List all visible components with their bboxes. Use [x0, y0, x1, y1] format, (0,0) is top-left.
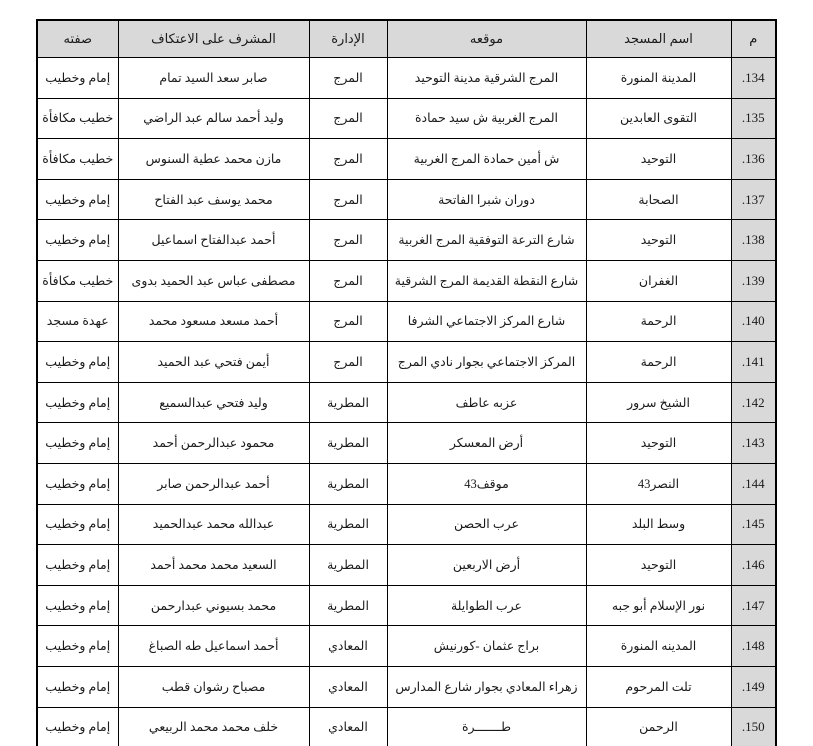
cell-role: إمام وخطيب: [37, 58, 118, 99]
cell-administration: المعادي: [309, 666, 387, 707]
cell-location: عرب الطوايلة: [387, 585, 586, 626]
cell-administration: المطرية: [309, 382, 387, 423]
cell-number: 144.: [731, 463, 776, 504]
cell-number: 137.: [731, 179, 776, 220]
table-row: 134. المدينة المنورة المرج الشرقية مدينة…: [37, 58, 776, 99]
table-row: 141. الرحمة المركز الاجتماعي بجوار نادي …: [37, 342, 776, 383]
cell-number: 145.: [731, 504, 776, 545]
header-cell-supervisor: المشرف على الاعتكاف: [118, 20, 309, 58]
cell-location: زهراء المعادي بجوار شارع المدارس: [387, 666, 586, 707]
cell-number: 147.: [731, 585, 776, 626]
table-row: 142. الشيخ سرور عزبه عاطف المطرية وليد ف…: [37, 382, 776, 423]
cell-administration: المطرية: [309, 504, 387, 545]
header-cell-administration: الإدارة: [309, 20, 387, 58]
cell-supervisor: السعيد محمد محمد أحمد: [118, 545, 309, 586]
cell-number: 150.: [731, 707, 776, 746]
table-row: 148. المدينه المنورة براج عثمان -كورنيش …: [37, 626, 776, 667]
cell-administration: المطرية: [309, 545, 387, 586]
header-cell-location: موقعه: [387, 20, 586, 58]
cell-location: ش أمين حمادة المرج الغربية: [387, 139, 586, 180]
cell-number: 146.: [731, 545, 776, 586]
cell-supervisor: محمد يوسف عبد الفتاح: [118, 179, 309, 220]
table-row: 145. وسط البلد عرب الحصن المطرية عبدالله…: [37, 504, 776, 545]
cell-administration: المطرية: [309, 463, 387, 504]
cell-mosque-name: تلت المرحوم: [586, 666, 731, 707]
table-row: 149. تلت المرحوم زهراء المعادي بجوار شار…: [37, 666, 776, 707]
cell-number: 148.: [731, 626, 776, 667]
cell-mosque-name: التوحيد: [586, 139, 731, 180]
cell-location: المركز الاجتماعي بجوار نادي المرج: [387, 342, 586, 383]
cell-administration: المرج: [309, 98, 387, 139]
cell-administration: المعادي: [309, 707, 387, 746]
cell-location: موقف43: [387, 463, 586, 504]
cell-number: 134.: [731, 58, 776, 99]
cell-role: إمام وخطيب: [37, 463, 118, 504]
cell-number: 140.: [731, 301, 776, 342]
mosque-itikaf-table: م اسم المسجد موقعه الإدارة المشرف على ال…: [36, 19, 777, 746]
header-cell-mosque-name: اسم المسجد: [586, 20, 731, 58]
cell-supervisor: محمد بسيوني عبدارحمن: [118, 585, 309, 626]
cell-administration: المرج: [309, 58, 387, 99]
cell-administration: المرج: [309, 260, 387, 301]
cell-administration: المرج: [309, 139, 387, 180]
cell-role: إمام وخطيب: [37, 666, 118, 707]
cell-mosque-name: التوحيد: [586, 545, 731, 586]
cell-role: إمام وخطيب: [37, 545, 118, 586]
cell-role: عهدة مسجد: [37, 301, 118, 342]
cell-supervisor: وليد فتحي عبدالسميع: [118, 382, 309, 423]
cell-location: شارع النقطة القديمة المرج الشرقية: [387, 260, 586, 301]
cell-location: دوران شبرا الفاتحة: [387, 179, 586, 220]
cell-mosque-name: التوحيد: [586, 423, 731, 464]
cell-mosque-name: التقوى العابدين: [586, 98, 731, 139]
cell-role: إمام وخطيب: [37, 626, 118, 667]
cell-number: 143.: [731, 423, 776, 464]
cell-role: إمام وخطيب: [37, 382, 118, 423]
table-row: 138. التوحيد شارع الترعة التوفقية المرج …: [37, 220, 776, 261]
cell-mosque-name: الرحمن: [586, 707, 731, 746]
cell-mosque-name: الشيخ سرور: [586, 382, 731, 423]
header-cell-number: م: [731, 20, 776, 58]
table-header-row: م اسم المسجد موقعه الإدارة المشرف على ال…: [37, 20, 776, 58]
cell-role: خطيب مكافأة: [37, 260, 118, 301]
cell-location: شارع الترعة التوفقية المرج الغربية: [387, 220, 586, 261]
cell-location: أرض الاربعين: [387, 545, 586, 586]
cell-mosque-name: الرحمة: [586, 301, 731, 342]
cell-mosque-name: الصحابة: [586, 179, 731, 220]
cell-administration: المرج: [309, 220, 387, 261]
cell-supervisor: عبدالله محمد عبدالحميد: [118, 504, 309, 545]
cell-supervisor: خلف محمد محمد الربيعي: [118, 707, 309, 746]
cell-location: عزبه عاطف: [387, 382, 586, 423]
cell-supervisor: أيمن فتحي عبد الحميد: [118, 342, 309, 383]
cell-number: 136.: [731, 139, 776, 180]
table-row: 147. نور الإسلام أبو جبه عرب الطوايلة ال…: [37, 585, 776, 626]
table-row: 146. التوحيد أرض الاربعين المطرية السعيد…: [37, 545, 776, 586]
table-row: 150. الرحمن طـــــــرة المعادي خلف محمد …: [37, 707, 776, 746]
cell-role: خطيب مكافأة: [37, 139, 118, 180]
cell-mosque-name: المدينه المنورة: [586, 626, 731, 667]
cell-mosque-name: المدينة المنورة: [586, 58, 731, 99]
cell-number: 141.: [731, 342, 776, 383]
cell-mosque-name: الرحمة: [586, 342, 731, 383]
cell-administration: المرج: [309, 179, 387, 220]
cell-supervisor: أحمد عبدالفتاح اسماعيل: [118, 220, 309, 261]
cell-role: إمام وخطيب: [37, 707, 118, 746]
table-row: 140. الرحمة شارع المركز الاجتماعي الشرفا…: [37, 301, 776, 342]
cell-location: المرج الغربية ش سيد حمادة: [387, 98, 586, 139]
cell-supervisor: محمود عبدالرحمن أحمد: [118, 423, 309, 464]
cell-location: المرج الشرقية مدينة التوحيد: [387, 58, 586, 99]
cell-number: 149.: [731, 666, 776, 707]
cell-supervisor: مصطفى عباس عبد الحميد بدوى: [118, 260, 309, 301]
cell-administration: المرج: [309, 342, 387, 383]
cell-role: إمام وخطيب: [37, 179, 118, 220]
cell-role: إمام وخطيب: [37, 585, 118, 626]
cell-role: إمام وخطيب: [37, 423, 118, 464]
cell-role: إمام وخطيب: [37, 342, 118, 383]
cell-supervisor: أحمد مسعد مسعود محمد: [118, 301, 309, 342]
cell-role: إمام وخطيب: [37, 220, 118, 261]
cell-supervisor: مصباح رشوان قطب: [118, 666, 309, 707]
document-page: م اسم المسجد موقعه الإدارة المشرف على ال…: [0, 0, 813, 746]
cell-location: عرب الحصن: [387, 504, 586, 545]
header-cell-role: صفته: [37, 20, 118, 58]
table-row: 144. النصر43 موقف43 المطرية أحمد عبدالرح…: [37, 463, 776, 504]
cell-mosque-name: نور الإسلام أبو جبه: [586, 585, 731, 626]
cell-administration: المعادي: [309, 626, 387, 667]
cell-number: 139.: [731, 260, 776, 301]
table-row: 137. الصحابة دوران شبرا الفاتحة المرج مح…: [37, 179, 776, 220]
table-row: 139. الغفران شارع النقطة القديمة المرج ا…: [37, 260, 776, 301]
table-row: 136. التوحيد ش أمين حمادة المرج الغربية …: [37, 139, 776, 180]
cell-number: 138.: [731, 220, 776, 261]
cell-mosque-name: وسط البلد: [586, 504, 731, 545]
cell-supervisor: مازن محمد عطية السنوس: [118, 139, 309, 180]
cell-number: 142.: [731, 382, 776, 423]
cell-location: شارع المركز الاجتماعي الشرفا: [387, 301, 586, 342]
cell-mosque-name: التوحيد: [586, 220, 731, 261]
cell-supervisor: وليد أحمد سالم عبد الراضي: [118, 98, 309, 139]
cell-role: إمام وخطيب: [37, 504, 118, 545]
cell-administration: المرج: [309, 301, 387, 342]
cell-role: خطيب مكافأة: [37, 98, 118, 139]
table-row: 135. التقوى العابدين المرج الغربية ش سيد…: [37, 98, 776, 139]
cell-administration: المطرية: [309, 585, 387, 626]
cell-administration: المطرية: [309, 423, 387, 464]
table-row: 143. التوحيد أرض المعسكر المطرية محمود ع…: [37, 423, 776, 464]
cell-supervisor: صابر سعد السيد تمام: [118, 58, 309, 99]
cell-mosque-name: النصر43: [586, 463, 731, 504]
cell-supervisor: أحمد اسماعيل طه الصباغ: [118, 626, 309, 667]
cell-location: طـــــــرة: [387, 707, 586, 746]
table-body: 134. المدينة المنورة المرج الشرقية مدينة…: [37, 58, 776, 746]
cell-location: أرض المعسكر: [387, 423, 586, 464]
cell-number: 135.: [731, 98, 776, 139]
cell-location: براج عثمان -كورنيش: [387, 626, 586, 667]
cell-mosque-name: الغفران: [586, 260, 731, 301]
cell-supervisor: أحمد عبدالرحمن صابر: [118, 463, 309, 504]
